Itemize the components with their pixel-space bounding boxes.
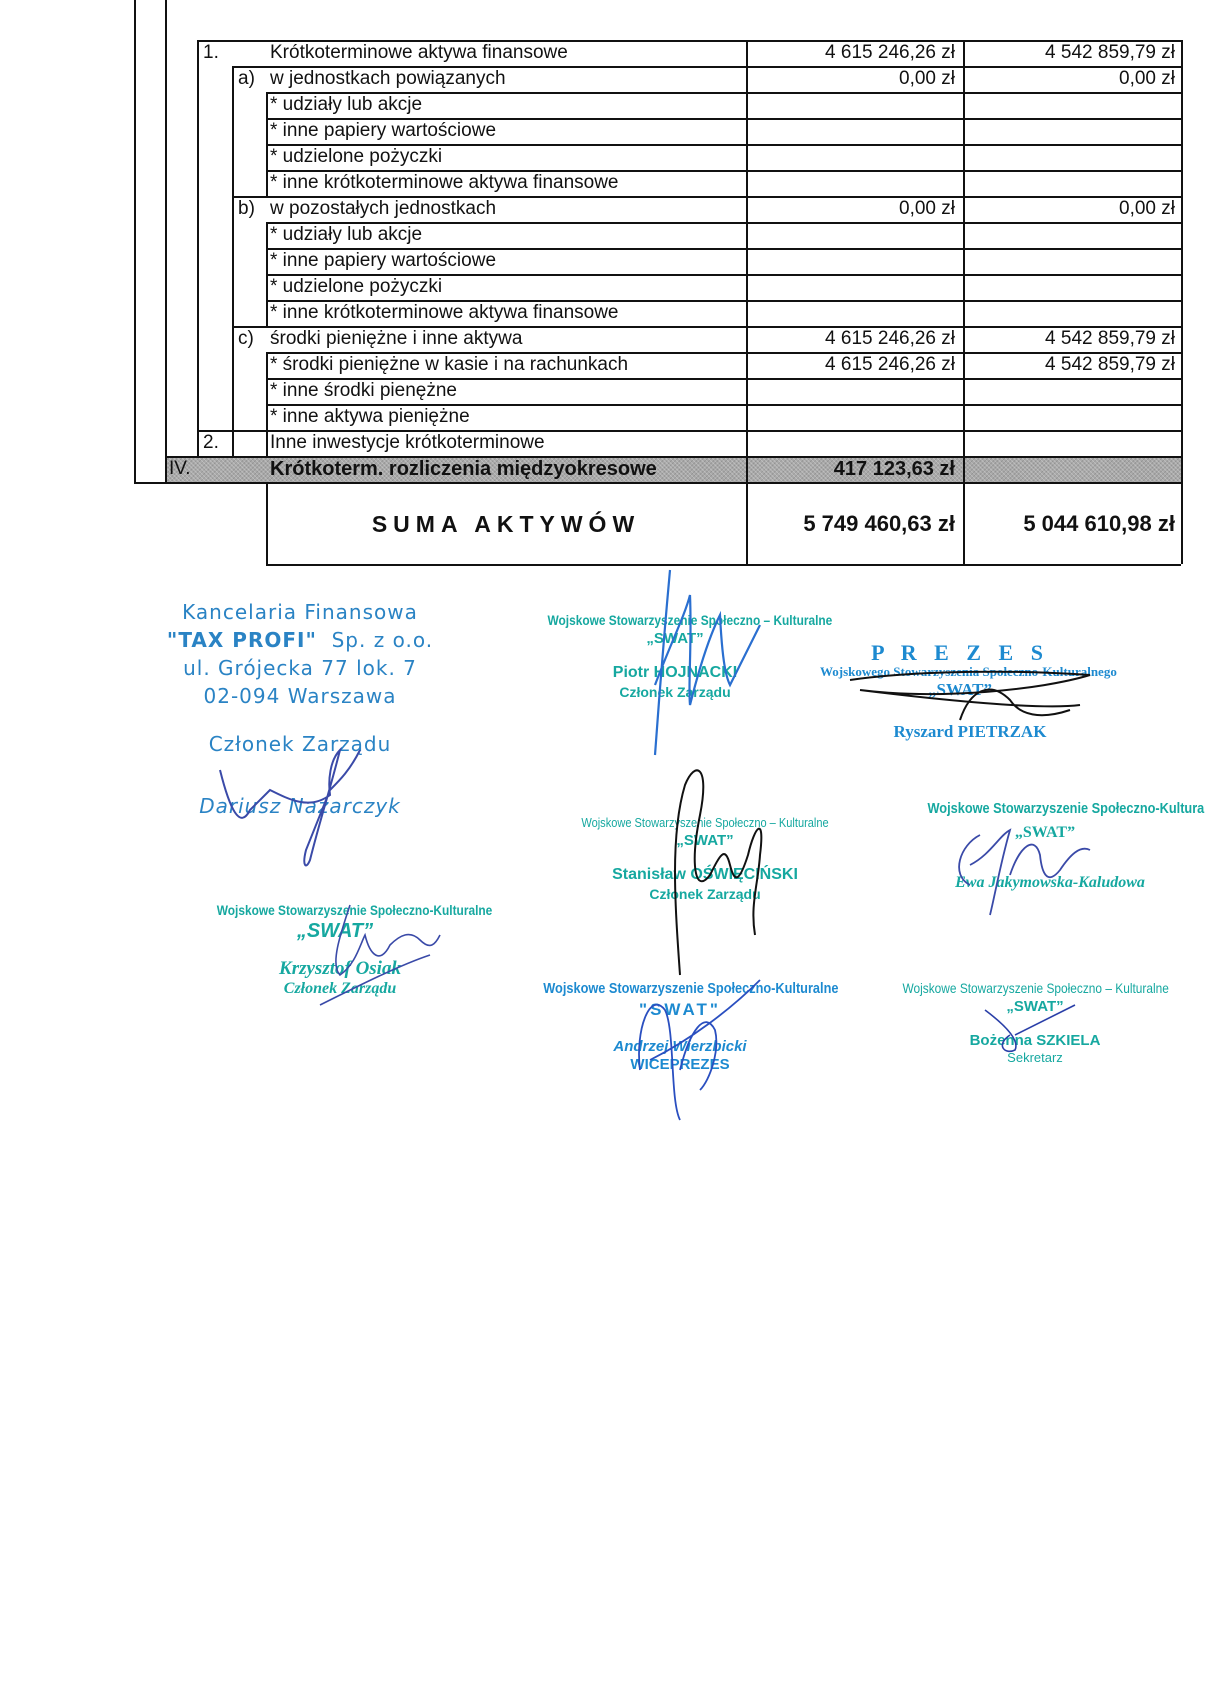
table-rule (134, 0, 136, 484)
table-rule (232, 144, 234, 170)
table-rule (232, 326, 234, 352)
row-label: środki pieniężne i inne aktywa (270, 327, 522, 351)
stamp-kancelaria-line1: Kancelaria Finansowa (150, 600, 450, 624)
stamp-kancelaria-legal-form: Sp. z o.o. (332, 628, 433, 652)
row-number: 1. (203, 41, 219, 65)
table-rule (232, 92, 234, 118)
table-rule (963, 456, 965, 482)
row-subletter: a) (238, 67, 255, 91)
table-rule (232, 404, 234, 430)
table-rule (134, 482, 1181, 484)
row-label: w jednostkach powiązanych (270, 67, 506, 91)
signature-wierzbicki (610, 950, 770, 1130)
row-label: w pozostałych jednostkach (270, 197, 496, 221)
row-value-current: 0,00 zł (746, 67, 955, 91)
section-iv-value-current: 417 123,63 zł (746, 457, 955, 481)
total-value-previous: 5 044 610,98 zł (963, 512, 1175, 536)
stamp-kancelaria-line2: "TAX PROFI" Sp. z o.o. (150, 628, 450, 652)
row-value-current: 0,00 zł (746, 197, 955, 221)
table-rule (232, 274, 234, 300)
signature-kaludowa (940, 815, 1100, 925)
table-rule (232, 170, 234, 196)
table-rule (232, 196, 234, 222)
table-rule (266, 274, 268, 300)
total-value-current: 5 749 460,63 zł (746, 512, 955, 536)
table-rule (266, 92, 268, 118)
table-rule (266, 352, 268, 378)
table-rule (266, 144, 268, 170)
table-rule (1181, 40, 1183, 564)
table-rule (197, 40, 199, 482)
row-label: * udzielone pożyczki (270, 275, 442, 299)
section-iv-label: Krótkoterm. rozliczenia międzyokresowe (270, 457, 657, 481)
row-label: * inne papiery wartościowe (270, 119, 496, 143)
row-label: * inne krótkoterminowe aktywa finansowe (270, 171, 619, 195)
row-label: * inne aktywa pieniężne (270, 405, 470, 429)
row-label: Krótkoterminowe aktywa finansowe (270, 41, 568, 65)
row-label: * udzielone pożyczki (270, 145, 442, 169)
signature-osiak (300, 895, 450, 1015)
table-rule (266, 430, 268, 456)
total-label: SUMA AKTYWÓW (266, 512, 746, 536)
row-subletter: b) (238, 197, 255, 221)
table-rule (266, 404, 268, 430)
table-rule (232, 300, 234, 326)
table-rule (266, 170, 268, 196)
signature-szkiela (975, 990, 1095, 1060)
row-label: * inne papiery wartościowe (270, 249, 496, 273)
table-rule (266, 300, 268, 326)
row-value-previous: 0,00 zł (963, 197, 1175, 221)
row-label: * udziały lub akcje (270, 93, 422, 117)
table-rule (232, 222, 234, 248)
row-value-previous: 4 542 859,79 zł (963, 327, 1175, 351)
signature-nazarczyk (210, 740, 410, 880)
table-rule (232, 66, 234, 92)
row-value-previous: 4 542 859,79 zł (963, 41, 1175, 65)
table-rule (232, 378, 234, 404)
row-value-previous: 0,00 zł (963, 67, 1175, 91)
row-value-current: 4 615 246,26 zł (746, 353, 955, 377)
row-number: 2. (203, 431, 219, 455)
table-rule (266, 222, 268, 248)
table-rule (165, 0, 167, 484)
table-rule (134, 482, 165, 484)
stamp-kancelaria-city: 02-094 Warszawa (150, 684, 450, 708)
row-label: * udziały lub akcje (270, 223, 422, 247)
table-rule (232, 118, 234, 144)
balance-sheet-table: 1.Krótkoterminowe aktywa finansowe4 615 … (0, 0, 1205, 580)
table-rule (266, 118, 268, 144)
stamp-kancelaria-address: ul. Grójecka 77 lok. 7 (150, 656, 450, 680)
table-rule (266, 248, 268, 274)
stamp-kancelaria-company: "TAX PROFI" (167, 628, 317, 652)
row-value-current: 4 615 246,26 zł (746, 41, 955, 65)
table-rule (232, 430, 234, 456)
signature-hojnacki (630, 565, 770, 765)
row-label: * inne krótkoterminowe aktywa finansowe (270, 301, 619, 325)
row-label: Inne inwestycje krótkoterminowe (270, 431, 545, 455)
row-label: * inne środki pienężne (270, 379, 457, 403)
table-rule (232, 248, 234, 274)
row-subletter: c) (238, 327, 254, 351)
table-rule (232, 352, 234, 378)
row-value-previous: 4 542 859,79 zł (963, 353, 1175, 377)
table-rule (266, 378, 268, 404)
signature-pietrzak (840, 660, 1100, 740)
row-value-current: 4 615 246,26 zł (746, 327, 955, 351)
row-label: * środki pieniężne w kasie i na rachunka… (270, 353, 628, 377)
section-iv-number: IV. (169, 457, 191, 481)
